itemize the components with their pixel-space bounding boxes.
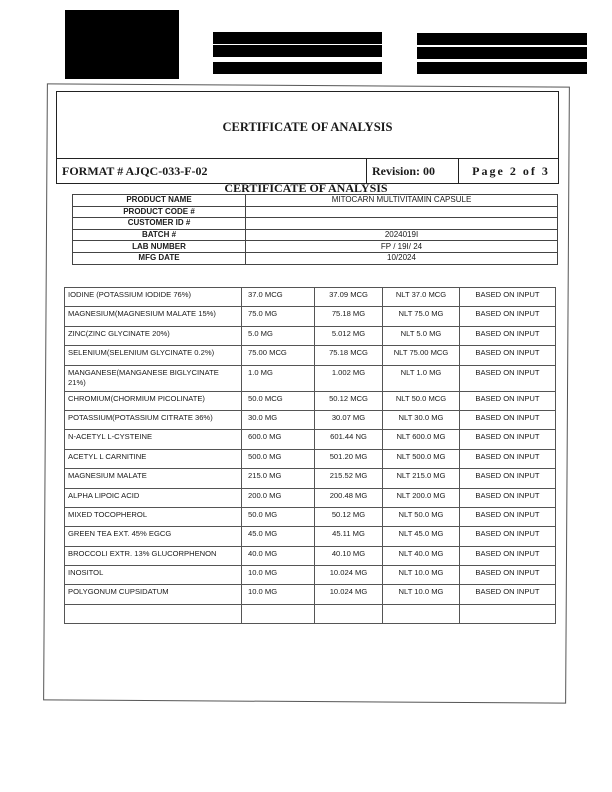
method: BASED ON INPUT	[460, 365, 556, 391]
page-number: Page 2 of 3	[459, 159, 558, 183]
redacted-company-line-3	[213, 62, 382, 74]
table-row: ALPHA LIPOIC ACID200.0 MG200.48 MGNLT 20…	[65, 488, 556, 507]
info-row: CUSTOMER ID #	[73, 218, 558, 230]
info-row: BATCH #2024019I	[73, 229, 558, 241]
table-row: ACETYL L CARNITINE500.0 MG501.20 MGNLT 5…	[65, 449, 556, 468]
method: BASED ON INPUT	[460, 507, 556, 526]
redacted-logo	[65, 10, 179, 79]
redacted-address-line-3	[417, 62, 587, 74]
table-row: GREEN TEA EXT. 45% EGCG45.0 MG45.11 MGNL…	[65, 527, 556, 546]
format-row: FORMAT # AJQC-033-F-02 Revision: 00 Page…	[57, 158, 558, 183]
info-value: MITOCARN MULTIVITAMIN CAPSULE	[246, 195, 558, 207]
method: BASED ON INPUT	[460, 288, 556, 307]
ingredient-name: MANGANESE(MANGANESE BIGLYCINATE 21%)	[65, 365, 242, 391]
result-value: 40.10 MG	[315, 546, 383, 565]
info-label: CUSTOMER ID #	[73, 218, 246, 230]
method: BASED ON INPUT	[460, 430, 556, 449]
specification: NLT 45.0 MG	[383, 527, 460, 546]
revision: Revision: 00	[367, 159, 459, 183]
info-row: MFG DATE10/2024	[73, 252, 558, 264]
table-row: BROCCOLI EXTR. 13% GLUCORPHENON40.0 MG40…	[65, 546, 556, 565]
method: BASED ON INPUT	[460, 469, 556, 488]
specification: NLT 30.0 MG	[383, 410, 460, 429]
info-row: PRODUCT CODE #	[73, 206, 558, 218]
ingredient-name: INOSITOL	[65, 566, 242, 585]
info-label: LAB NUMBER	[73, 241, 246, 253]
specification: NLT 215.0 MG	[383, 469, 460, 488]
redacted-company-line-2	[213, 45, 382, 57]
redacted-company-line-1	[213, 32, 382, 44]
info-value	[246, 206, 558, 218]
result-value: 45.11 MG	[315, 527, 383, 546]
result-value: 30.07 MG	[315, 410, 383, 429]
result-value: 1.002 MG	[315, 365, 383, 391]
label-claim: 37.0 MCG	[242, 288, 315, 307]
result-value: 10.024 MG	[315, 566, 383, 585]
ingredient-name: GREEN TEA EXT. 45% EGCG	[65, 527, 242, 546]
result-value: 5.012 MG	[315, 326, 383, 345]
info-label: MFG DATE	[73, 252, 246, 264]
ingredient-name: BROCCOLI EXTR. 13% GLUCORPHENON	[65, 546, 242, 565]
specification: NLT 600.0 MG	[383, 430, 460, 449]
result-value: 75.18 MG	[315, 307, 383, 326]
specification: NLT 37.0 MCG	[383, 288, 460, 307]
format-number: FORMAT # AJQC-033-F-02	[57, 159, 367, 183]
label-claim: 50.0 MCG	[242, 391, 315, 410]
ingredient-name: ACETYL L CARNITINE	[65, 449, 242, 468]
result-value: 10.024 MG	[315, 585, 383, 604]
table-row: MIXED TOCOPHEROL50.0 MG50.12 MGNLT 50.0 …	[65, 507, 556, 526]
result-value: 75.18 MCG	[315, 346, 383, 365]
specification: NLT 50.0 MG	[383, 507, 460, 526]
label-claim: 1.0 MG	[242, 365, 315, 391]
label-claim: 10.0 MG	[242, 585, 315, 604]
specification: NLT 500.0 MG	[383, 449, 460, 468]
ingredient-name: MAGNESIUM MALATE	[65, 469, 242, 488]
result-value: 50.12 MCG	[315, 391, 383, 410]
specification: NLT 75.00 MCG	[383, 346, 460, 365]
info-label: BATCH #	[73, 229, 246, 241]
table-row: CHROMIUM(CHORMIUM PICOLINATE)50.0 MCG50.…	[65, 391, 556, 410]
result-value: 601.44 NG	[315, 430, 383, 449]
results-table: IODINE (POTASSIUM IODIDE 76%)37.0 MCG37.…	[64, 287, 556, 624]
specification: NLT 1.0 MG	[383, 365, 460, 391]
table-row: MAGNESIUM MALATE215.0 MG215.52 MGNLT 215…	[65, 469, 556, 488]
table-row: ZINC(ZINC GLYCINATE 20%)5.0 MG5.012 MGNL…	[65, 326, 556, 345]
product-info-table: PRODUCT NAMEMITOCARN MULTIVITAMIN CAPSUL…	[72, 194, 558, 265]
label-claim: 200.0 MG	[242, 488, 315, 507]
info-value: FP / 19I/ 24	[246, 241, 558, 253]
ingredient-name: POLYGONUM CUPSIDATUM	[65, 585, 242, 604]
specification: NLT 75.0 MG	[383, 307, 460, 326]
table-row: POTASSIUM(POTASSIUM CITRATE 36%)30.0 MG3…	[65, 410, 556, 429]
redacted-address-line-2	[417, 47, 587, 59]
table-row: POLYGONUM CUPSIDATUM10.0 MG10.024 MGNLT …	[65, 585, 556, 604]
label-claim: 75.00 MCG	[242, 346, 315, 365]
info-label: PRODUCT NAME	[73, 195, 246, 207]
label-claim: 215.0 MG	[242, 469, 315, 488]
method: BASED ON INPUT	[460, 546, 556, 565]
method: BASED ON INPUT	[460, 346, 556, 365]
label-claim: 45.0 MG	[242, 527, 315, 546]
result-value: 501.20 MG	[315, 449, 383, 468]
table-row: N-ACETYL L-CYSTEINE600.0 MG601.44 NGNLT …	[65, 430, 556, 449]
ingredient-name: ALPHA LIPOIC ACID	[65, 488, 242, 507]
label-claim: 5.0 MG	[242, 326, 315, 345]
specification: NLT 5.0 MG	[383, 326, 460, 345]
document-title: CERTIFICATE OF ANALYSIS	[57, 120, 558, 135]
specification: NLT 40.0 MG	[383, 546, 460, 565]
label-claim: 30.0 MG	[242, 410, 315, 429]
label-claim: 500.0 MG	[242, 449, 315, 468]
method: BASED ON INPUT	[460, 326, 556, 345]
label-claim: 75.0 MG	[242, 307, 315, 326]
info-value	[246, 218, 558, 230]
info-label: PRODUCT CODE #	[73, 206, 246, 218]
ingredient-name: SELENIUM(SELENIUM GLYCINATE 0.2%)	[65, 346, 242, 365]
method: BASED ON INPUT	[460, 391, 556, 410]
result-value	[315, 604, 383, 623]
table-row: INOSITOL10.0 MG10.024 MGNLT 10.0 MGBASED…	[65, 566, 556, 585]
result-value: 37.09 MCG	[315, 288, 383, 307]
info-value: 2024019I	[246, 229, 558, 241]
ingredient-name: IODINE (POTASSIUM IODIDE 76%)	[65, 288, 242, 307]
result-value: 200.48 MG	[315, 488, 383, 507]
method: BASED ON INPUT	[460, 585, 556, 604]
label-claim: 50.0 MG	[242, 507, 315, 526]
ingredient-name: ZINC(ZINC GLYCINATE 20%)	[65, 326, 242, 345]
specification: NLT 10.0 MG	[383, 585, 460, 604]
table-row	[65, 604, 556, 623]
table-row: MAGNESIUM(MAGNESIUM MALATE 15%)75.0 MG75…	[65, 307, 556, 326]
ingredient-name: N-ACETYL L-CYSTEINE	[65, 430, 242, 449]
info-row: LAB NUMBERFP / 19I/ 24	[73, 241, 558, 253]
method: BASED ON INPUT	[460, 527, 556, 546]
ingredient-name: POTASSIUM(POTASSIUM CITRATE 36%)	[65, 410, 242, 429]
redacted-address-line-1	[417, 33, 587, 45]
label-claim: 10.0 MG	[242, 566, 315, 585]
ingredient-name	[65, 604, 242, 623]
method: BASED ON INPUT	[460, 566, 556, 585]
method: BASED ON INPUT	[460, 410, 556, 429]
header-box: CERTIFICATE OF ANALYSIS FORMAT # AJQC-03…	[56, 91, 559, 184]
ingredient-name: MAGNESIUM(MAGNESIUM MALATE 15%)	[65, 307, 242, 326]
result-value: 50.12 MG	[315, 507, 383, 526]
specification	[383, 604, 460, 623]
label-claim: 600.0 MG	[242, 430, 315, 449]
specification: NLT 200.0 MG	[383, 488, 460, 507]
label-claim: 40.0 MG	[242, 546, 315, 565]
table-row: SELENIUM(SELENIUM GLYCINATE 0.2%)75.00 M…	[65, 346, 556, 365]
method: BASED ON INPUT	[460, 307, 556, 326]
ingredient-name: CHROMIUM(CHORMIUM PICOLINATE)	[65, 391, 242, 410]
method: BASED ON INPUT	[460, 449, 556, 468]
label-claim	[242, 604, 315, 623]
table-row: IODINE (POTASSIUM IODIDE 76%)37.0 MCG37.…	[65, 288, 556, 307]
specification: NLT 10.0 MG	[383, 566, 460, 585]
ingredient-name: MIXED TOCOPHEROL	[65, 507, 242, 526]
method: BASED ON INPUT	[460, 488, 556, 507]
info-row: PRODUCT NAMEMITOCARN MULTIVITAMIN CAPSUL…	[73, 195, 558, 207]
table-row: MANGANESE(MANGANESE BIGLYCINATE 21%)1.0 …	[65, 365, 556, 391]
specification: NLT 50.0 MCG	[383, 391, 460, 410]
info-value: 10/2024	[246, 252, 558, 264]
result-value: 215.52 MG	[315, 469, 383, 488]
method	[460, 604, 556, 623]
